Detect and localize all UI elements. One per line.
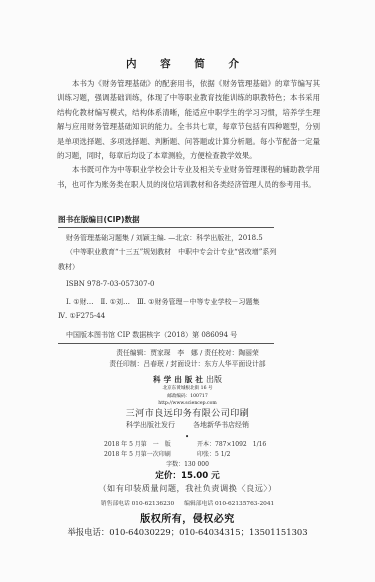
printer: 三河市良远印务有限公司印刷 — [0, 406, 375, 419]
word-count: 字数：130 000 — [0, 459, 375, 468]
publisher-postcode: 邮政编码：100717 — [0, 393, 375, 401]
cip-core-data: 中国版本图书馆 CIP 数据核字（2018）第 086094 号 — [58, 330, 274, 344]
cip-classification: Ⅰ. ①财… Ⅱ. ①刘… Ⅲ. ①财务管理－中等专业学校－习题集 — [58, 295, 326, 309]
edition-row: 2018 年 5 月第 一 版 开本：787×1092 1/16 — [104, 440, 266, 450]
sheet-count: 印张：5 1/2 — [197, 450, 230, 460]
edition-date: 2018 年 5 月第 一 版 — [104, 440, 197, 450]
editorial-phone: 编辑部电话 010-62135763-2041 — [184, 501, 274, 507]
cip-classification-cont: Ⅳ. ①F275-44 — [58, 309, 326, 323]
publisher-name: 科学出版社 — [153, 375, 206, 384]
publisher-suffix: 出版 — [206, 375, 222, 384]
department-phones: 销售部电话 010-62136230编辑部电话 010-62135763-204… — [0, 498, 375, 507]
print-date: 2018 年 5 月第一次印刷 — [104, 450, 197, 460]
cip-isbn: ISBN 978-7-03-057307-0 — [58, 277, 326, 291]
publisher-address: 北京东黄城根北街 16 号 — [0, 385, 375, 393]
issuer: 科学出版社发行 — [126, 421, 175, 429]
content-summary: 本书为《财务管理基础》的配套用书，依据《财务管理基础》的章节编写其训练习题，强调… — [57, 77, 320, 192]
report-phones: 举报电话：010-64030229；010-64034315；135011513… — [0, 526, 375, 538]
distribution: 科学出版社发行各地新华书店经销 — [0, 420, 375, 430]
quality-notice: （如有印装质量问题，我社负责调换〈良远〉） — [0, 483, 375, 494]
format-size: 开本：787×1092 1/16 — [197, 440, 266, 450]
sales-phone: 销售部电话 010-62136230 — [101, 501, 174, 507]
cip-title-line: 财务管理基础习题集 / 刘颖主编. —北京：科学出版社，2018.5 — [58, 231, 326, 245]
publisher-block: 科学出版社出版 北京东黄城根北街 16 号 邮政编码：100717 http:/… — [0, 374, 375, 408]
summary-paragraph-2: 本书既可作为中等职业学校会计专业及相关专业财务管理课程的辅助教学用书，也可作为账… — [57, 163, 320, 192]
seller: 各地新华书店经销 — [193, 421, 249, 429]
credits-production: 责任印制：吕春珉 / 封面设计：东方人华平面设计部 — [0, 359, 375, 370]
edition-info: 2018 年 5 月第 一 版 开本：787×1092 1/16 2018 年 … — [104, 440, 266, 459]
cip-series-line: （中等职业教育“十三五”规划教材 中职中专会计专业“营改增”系列 — [58, 245, 326, 259]
price: 定价：15.00 元 — [0, 469, 375, 481]
credits-editors: 责任编辑：贾家琛 李 娜 / 责任校对：陶丽荣 — [0, 348, 375, 359]
publisher-name-line: 科学出版社出版 — [0, 374, 375, 385]
cip-series-line-cont: 教材） — [58, 260, 326, 274]
page-title: 内 容 简 介 — [0, 56, 375, 71]
cip-block: 财务管理基础习题集 / 刘颖主编. —北京：科学出版社，2018.5 （中等职业… — [58, 231, 326, 323]
cip-header: 图书在版编目(CIP)数据 — [58, 214, 274, 228]
credits: 责任编辑：贾家琛 李 娜 / 责任校对：陶丽荣 责任印制：吕春珉 / 封面设计：… — [0, 348, 375, 370]
summary-paragraph-1: 本书为《财务管理基础》的配套用书，依据《财务管理基础》的章节编写其训练习题，强调… — [57, 77, 320, 163]
edition-row: 2018 年 5 月第一次印刷 印张：5 1/2 — [104, 450, 266, 460]
copyright-notice: 版权所有，侵权必究 — [0, 510, 375, 525]
